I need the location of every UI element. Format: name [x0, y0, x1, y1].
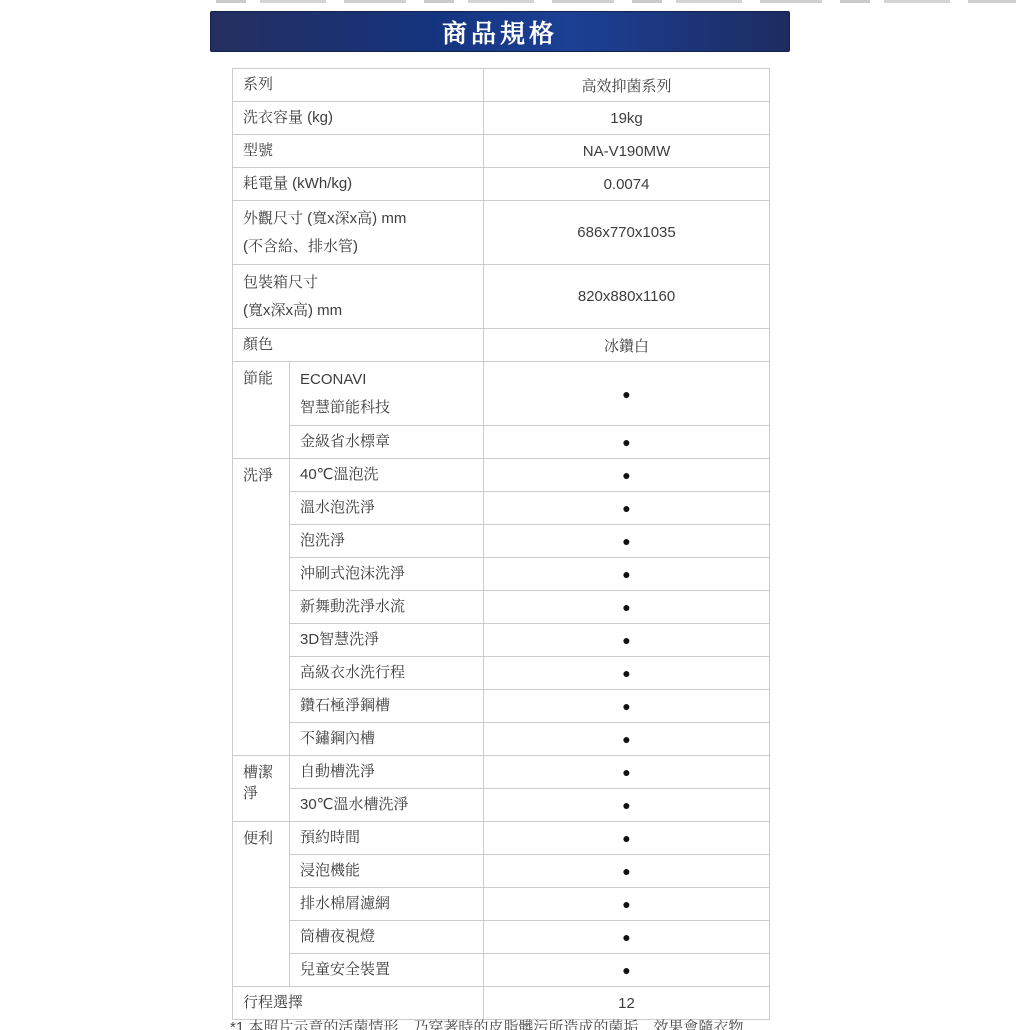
- feature-present-dot: ●: [484, 624, 770, 657]
- spec-label-line: 溫水泡洗淨: [300, 494, 473, 522]
- spec-label: 兒童安全裝置: [290, 954, 484, 987]
- spec-label: 40℃溫泡洗: [290, 459, 484, 492]
- spec-label-line: ECONAVI: [300, 366, 473, 394]
- spec-label: 沖刷式泡沫洗淨: [290, 558, 484, 591]
- spec-label-line: 兒童安全裝置: [300, 956, 473, 984]
- spec-value: 19kg: [484, 102, 770, 135]
- spec-label: 鑽石極淨鋼槽: [290, 690, 484, 723]
- spec-value: 高效抑菌系列: [484, 69, 770, 102]
- spec-value: 12: [484, 987, 770, 1020]
- spec-label-line: 40℃溫泡洗: [300, 461, 473, 489]
- spec-label: 洗衣容量 (kg): [233, 102, 484, 135]
- spec-label: 浸泡機能: [290, 855, 484, 888]
- spec-row: 系列高效抑菌系列: [233, 69, 770, 102]
- spec-label: 泡洗淨: [290, 525, 484, 558]
- spec-label: 顏色: [233, 329, 484, 362]
- spec-label-line: 筒槽夜視燈: [300, 923, 473, 951]
- spec-label: 系列: [233, 69, 484, 102]
- group-label: 便利: [233, 822, 290, 987]
- spec-label: 外觀尺寸 (寬x深x高) mm(不含給、排水管): [233, 201, 484, 265]
- spec-row: 兒童安全裝置●: [233, 954, 770, 987]
- feature-present-dot: ●: [484, 591, 770, 624]
- spec-label-line: 金級省水標章: [300, 428, 473, 456]
- spec-label-line: 耗電量 (kWh/kg): [243, 170, 473, 198]
- section-title: 商品規格: [442, 14, 558, 50]
- spec-label-line: 浸泡機能: [300, 857, 473, 885]
- spec-label: 高級衣水洗行程: [290, 657, 484, 690]
- spec-label: 30℃溫水槽洗淨: [290, 789, 484, 822]
- spec-row: 外觀尺寸 (寬x深x高) mm(不含給、排水管)686x770x1035: [233, 201, 770, 265]
- spec-row: 新舞動洗淨水流●: [233, 591, 770, 624]
- spec-label-line: 預約時間: [300, 824, 473, 852]
- feature-present-dot: ●: [484, 690, 770, 723]
- spec-row: 耗電量 (kWh/kg)0.0074: [233, 168, 770, 201]
- spec-row: 行程選擇12: [233, 987, 770, 1020]
- group-label: 洗淨: [233, 459, 290, 756]
- spec-row: 不鏽鋼內槽●: [233, 723, 770, 756]
- feature-present-dot: ●: [484, 789, 770, 822]
- spec-label-line: 泡洗淨: [300, 527, 473, 555]
- feature-present-dot: ●: [484, 723, 770, 756]
- spec-label-line: 洗衣容量 (kg): [243, 104, 473, 132]
- feature-present-dot: ●: [484, 822, 770, 855]
- spec-label-line: 排水棉屑濾網: [300, 890, 473, 918]
- spec-row: 筒槽夜視燈●: [233, 921, 770, 954]
- spec-label-line: (寬x深x高) mm: [243, 297, 473, 325]
- spec-label: 金級省水標章: [290, 426, 484, 459]
- spec-row: 洗淨40℃溫泡洗●: [233, 459, 770, 492]
- spec-row: 顏色冰鑽白: [233, 329, 770, 362]
- spec-label-line: 3D智慧洗淨: [300, 626, 473, 654]
- spec-value: 820x880x1160: [484, 265, 770, 329]
- spec-label-line: 外觀尺寸 (寬x深x高) mm: [243, 205, 473, 233]
- spec-value: 冰鑽白: [484, 329, 770, 362]
- spec-label-line: 智慧節能科技: [300, 394, 473, 422]
- spec-label: 新舞動洗淨水流: [290, 591, 484, 624]
- spec-row: 浸泡機能●: [233, 855, 770, 888]
- feature-present-dot: ●: [484, 921, 770, 954]
- spec-label-line: 顏色: [243, 331, 473, 359]
- spec-label: 型號: [233, 135, 484, 168]
- spec-label-line: 沖刷式泡沫洗淨: [300, 560, 473, 588]
- spec-label-line: 不鏽鋼內槽: [300, 725, 473, 753]
- spec-row: 3D智慧洗淨●: [233, 624, 770, 657]
- feature-present-dot: ●: [484, 492, 770, 525]
- feature-present-dot: ●: [484, 558, 770, 591]
- spec-row: 排水棉屑濾網●: [233, 888, 770, 921]
- feature-present-dot: ●: [484, 855, 770, 888]
- spec-row: 便利預約時間●: [233, 822, 770, 855]
- spec-row: 節能ECONAVI智慧節能科技●: [233, 362, 770, 426]
- spec-row: 鑽石極淨鋼槽●: [233, 690, 770, 723]
- spec-label: 溫水泡洗淨: [290, 492, 484, 525]
- spec-label-line: 型號: [243, 137, 473, 165]
- feature-present-dot: ●: [484, 888, 770, 921]
- feature-present-dot: ●: [484, 459, 770, 492]
- feature-present-dot: ●: [484, 756, 770, 789]
- spec-row: 包裝箱尺寸(寬x深x高) mm820x880x1160: [233, 265, 770, 329]
- spec-row: 型號NA-V190MW: [233, 135, 770, 168]
- feature-present-dot: ●: [484, 954, 770, 987]
- spec-label: 自動槽洗淨: [290, 756, 484, 789]
- spec-row: 溫水泡洗淨●: [233, 492, 770, 525]
- spec-label: 預約時間: [290, 822, 484, 855]
- feature-present-dot: ●: [484, 525, 770, 558]
- spec-label-line: 自動槽洗淨: [300, 758, 473, 786]
- spec-label: 行程選擇: [233, 987, 484, 1020]
- spec-label: ECONAVI智慧節能科技: [290, 362, 484, 426]
- spec-value: 686x770x1035: [484, 201, 770, 265]
- footnote: *1 本照片示意的活菌情形，乃穿著時的皮脂髒污所造成的菌垢，效果會隨衣物: [230, 1016, 850, 1030]
- spec-value: 0.0074: [484, 168, 770, 201]
- group-label: 槽潔淨: [233, 756, 290, 822]
- spec-value: NA-V190MW: [484, 135, 770, 168]
- spec-row: 洗衣容量 (kg)19kg: [233, 102, 770, 135]
- spec-label-line: 30℃溫水槽洗淨: [300, 791, 473, 819]
- feature-present-dot: ●: [484, 426, 770, 459]
- spec-label-line: 系列: [243, 71, 473, 99]
- spec-label-line: 行程選擇: [243, 989, 473, 1017]
- feature-present-dot: ●: [484, 657, 770, 690]
- spec-label-line: 高級衣水洗行程: [300, 659, 473, 687]
- section-title-bar: 商品規格: [210, 11, 790, 52]
- spec-label-line: 新舞動洗淨水流: [300, 593, 473, 621]
- spec-label: 排水棉屑濾網: [290, 888, 484, 921]
- spec-label: 不鏽鋼內槽: [290, 723, 484, 756]
- group-label: 節能: [233, 362, 290, 459]
- spec-label: 耗電量 (kWh/kg): [233, 168, 484, 201]
- cropped-previous-content: [216, 0, 1016, 3]
- spec-row: 高級衣水洗行程●: [233, 657, 770, 690]
- spec-label: 3D智慧洗淨: [290, 624, 484, 657]
- spec-row: 泡洗淨●: [233, 525, 770, 558]
- spec-label-line: 包裝箱尺寸: [243, 269, 473, 297]
- spec-label: 包裝箱尺寸(寬x深x高) mm: [233, 265, 484, 329]
- spec-row: 30℃溫水槽洗淨●: [233, 789, 770, 822]
- product-spec-table: 系列高效抑菌系列洗衣容量 (kg)19kg型號NA-V190MW耗電量 (kWh…: [232, 68, 770, 1020]
- spec-label-line: 鑽石極淨鋼槽: [300, 692, 473, 720]
- spec-row: 槽潔淨自動槽洗淨●: [233, 756, 770, 789]
- feature-present-dot: ●: [484, 362, 770, 426]
- spec-label: 筒槽夜視燈: [290, 921, 484, 954]
- spec-row: 沖刷式泡沫洗淨●: [233, 558, 770, 591]
- spec-label-line: (不含給、排水管): [243, 233, 473, 261]
- spec-row: 金級省水標章●: [233, 426, 770, 459]
